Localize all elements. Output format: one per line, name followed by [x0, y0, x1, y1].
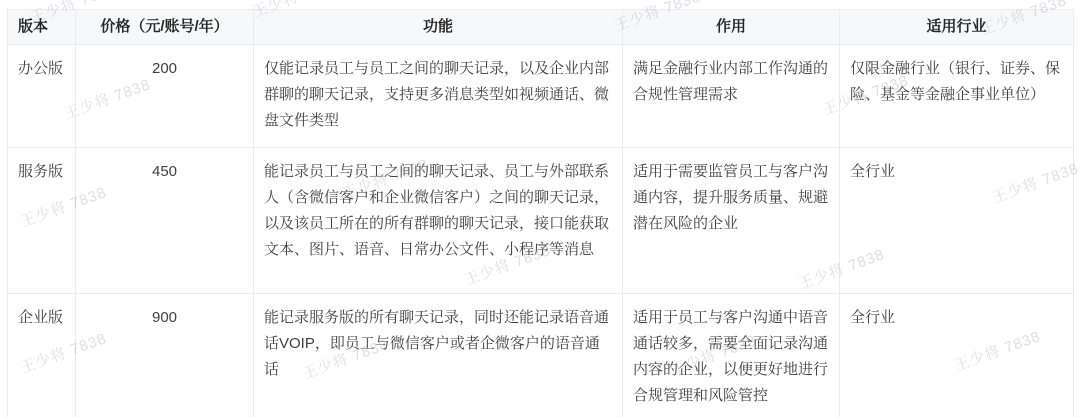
cell-features: 仅能记录员工与员工之间的聊天记录，以及企业内部群聊的聊天记录，支持更多消息类型如… [254, 45, 623, 148]
cell-version: 企业版 [8, 294, 76, 417]
pricing-table: 版本 价格（元/账号/年） 功能 作用 适用行业 办公版 200 仅能记录员工与… [7, 9, 1074, 417]
cell-industries: 全行业 [840, 148, 1074, 294]
page: 版本 价格（元/账号/年） 功能 作用 适用行业 办公版 200 仅能记录员工与… [0, 0, 1080, 417]
cell-purpose: 满足金融行业内部工作沟通的合规性管理需求 [623, 45, 840, 148]
column-header-features: 功能 [254, 10, 623, 45]
table-row: 服务版 450 能记录员工与员工之间的聊天记录、员工与外部联系人（含微信客户和企… [8, 148, 1074, 294]
cell-purpose: 适用于员工与客户沟通中语音通话较多，需要全面记录沟通内容的企业，以便更好地进行合… [623, 294, 840, 417]
cell-purpose: 适用于需要监管员工与客户沟通内容，提升服务质量、规避潜在风险的企业 [623, 148, 840, 294]
cell-features: 能记录员工与员工之间的聊天记录、员工与外部联系人（含微信客户和企业微信客户）之间… [254, 148, 623, 294]
column-header-industries: 适用行业 [840, 10, 1074, 45]
cell-industries: 仅限金融行业（银行、证券、保险、基金等金融企事业单位） [840, 45, 1074, 148]
cell-version: 服务版 [8, 148, 76, 294]
column-header-price: 价格（元/账号/年） [76, 10, 254, 45]
table-row: 企业版 900 能记录服务版的所有聊天记录，同时还能记录语音通话VOIP，即员工… [8, 294, 1074, 417]
cell-industries: 全行业 [840, 294, 1074, 417]
cell-version: 办公版 [8, 45, 76, 148]
cell-price: 200 [76, 45, 254, 148]
cell-price: 450 [76, 148, 254, 294]
table-header-row: 版本 价格（元/账号/年） 功能 作用 适用行业 [8, 10, 1074, 45]
cell-features: 能记录服务版的所有聊天记录，同时还能记录语音通话VOIP，即员工与微信客户或者企… [254, 294, 623, 417]
table-row: 办公版 200 仅能记录员工与员工之间的聊天记录，以及企业内部群聊的聊天记录，支… [8, 45, 1074, 148]
column-header-version: 版本 [8, 10, 76, 45]
column-header-purpose: 作用 [623, 10, 840, 45]
cell-price: 900 [76, 294, 254, 417]
